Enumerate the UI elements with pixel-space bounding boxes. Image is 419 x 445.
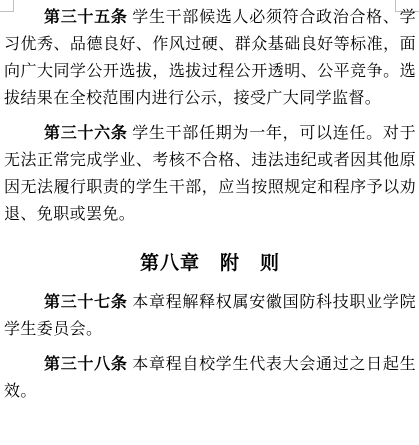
article-38-number: 第三十八条 (44, 356, 128, 373)
article-37-number: 第三十七条 (44, 294, 128, 311)
article-35-number: 第三十五条 (44, 9, 128, 26)
article-36-number: 第三十六条 (44, 125, 128, 142)
article-38-paragraph: 第三十八条 本章程自校学生代表大会通过之日起生效。 (4, 351, 416, 405)
document-body: 第三十五条 学生干部候选人必须符合政治合格、学习优秀、品德良好、作风过硬、群众基… (4, 4, 416, 413)
article-37-paragraph: 第三十七条 本章程解释权属安徽国防科技职业学院学生委员会。 (4, 289, 416, 343)
article-36-paragraph: 第三十六条 学生干部任期为一年，可以连任。对于无法正常完成学业、考核不合格、违法… (4, 120, 416, 228)
article-35-paragraph: 第三十五条 学生干部候选人必须符合政治合格、学习优秀、品德良好、作风过硬、群众基… (4, 4, 416, 112)
document-page: 第三十五条 学生干部候选人必须符合政治合格、学习优秀、品德良好、作风过硬、群众基… (0, 0, 419, 445)
chapter-8-heading: 第八章 附 则 (4, 251, 416, 277)
